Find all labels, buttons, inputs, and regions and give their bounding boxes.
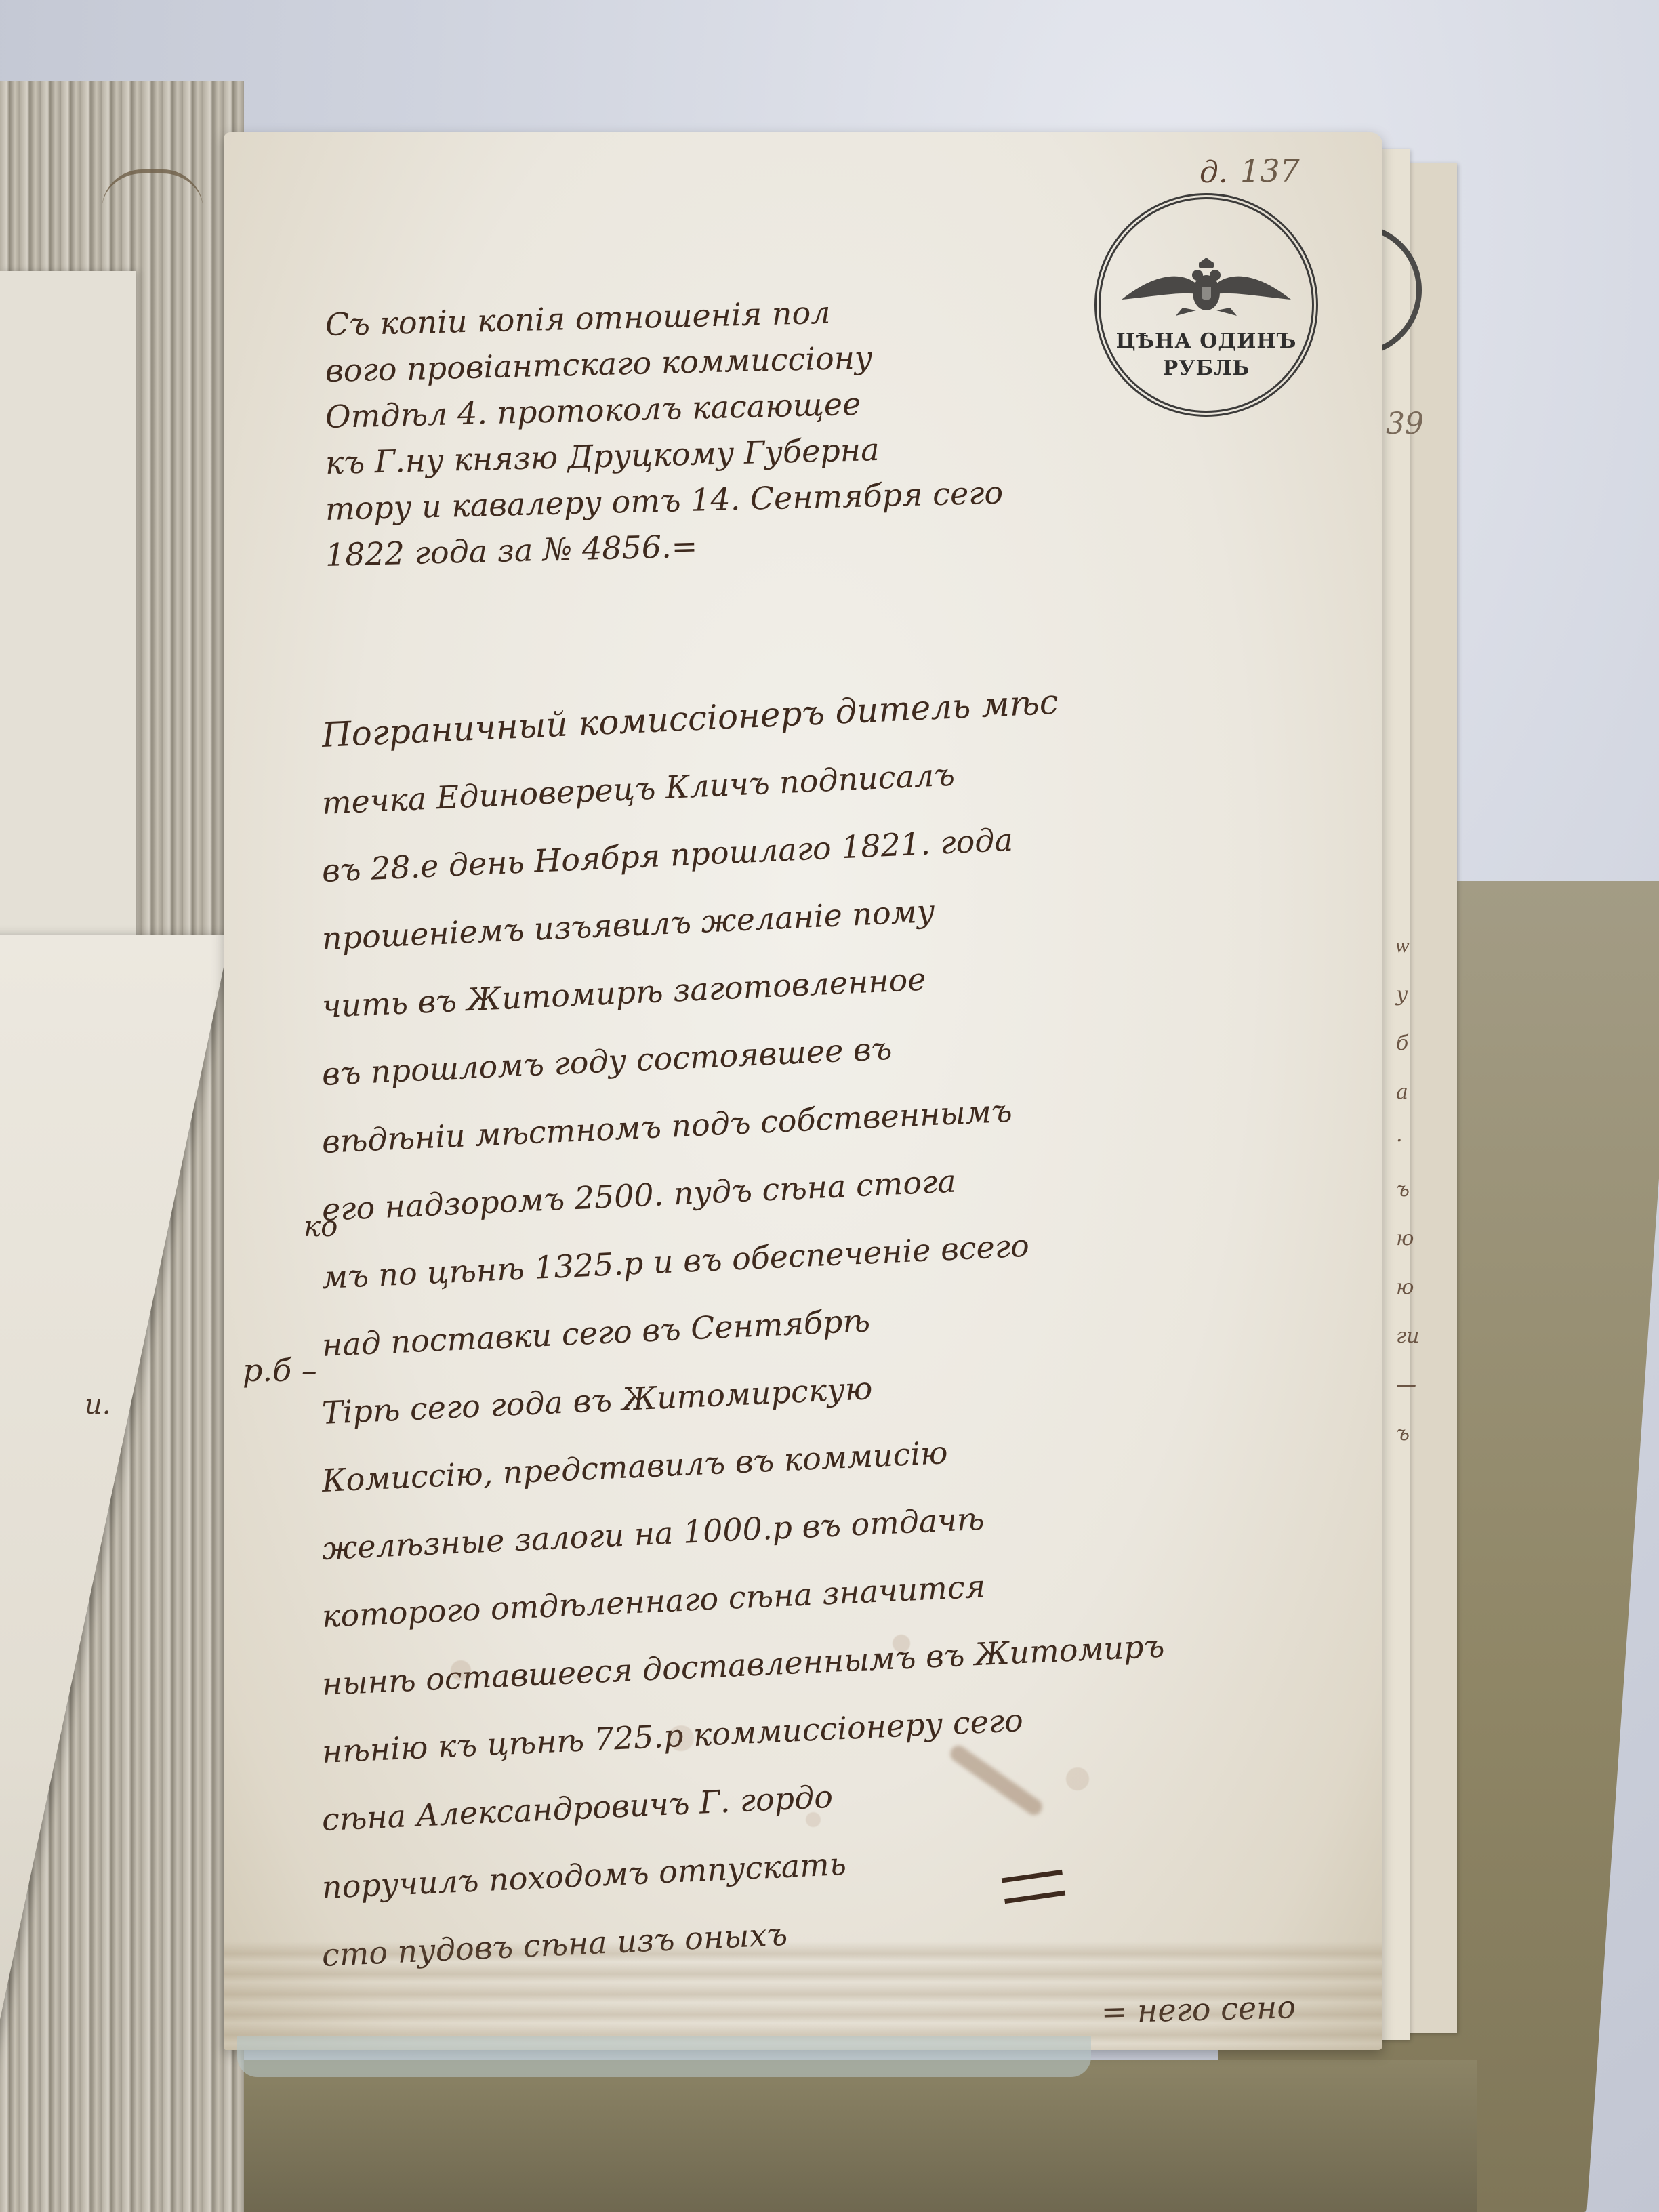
folio-prefix-mark: д. <box>1200 155 1228 190</box>
margin-note: ко <box>304 1210 337 1243</box>
stamp-price-line-2: РУБЛЬ <box>1101 356 1312 380</box>
document-page: д. 137 ЦѢНА ОДИНЪ РУБЛЬ Съ копіи копія о… <box>224 132 1382 2050</box>
folio-number: 137 <box>1240 152 1300 189</box>
blue-page-edge <box>237 2036 1091 2077</box>
backing-folder-bottom <box>190 2060 1477 2212</box>
binding-thread <box>102 169 203 234</box>
stamp-price-line-1: ЦѢНА ОДИНЪ <box>1101 329 1312 353</box>
left-leaf-mark: и. <box>85 1389 110 1420</box>
page-edge-wear <box>224 1942 1382 2050</box>
margin-note: р.б – <box>243 1352 317 1389</box>
double-headed-eagle-icon <box>1115 252 1298 320</box>
foxing-stains <box>373 1589 1254 1860</box>
revenue-stamp: ЦѢНА ОДИНЪ РУБЛЬ <box>1094 193 1318 417</box>
underlying-text-fragments: ѡ у б а · ъ ю ю ги — ъ <box>1396 922 1457 1458</box>
left-leaf-upper <box>0 271 136 949</box>
underlying-folio-number: 39 <box>1386 407 1424 441</box>
document-header: Съ копіи копія отношенія пол вого провіа… <box>325 302 1003 578</box>
